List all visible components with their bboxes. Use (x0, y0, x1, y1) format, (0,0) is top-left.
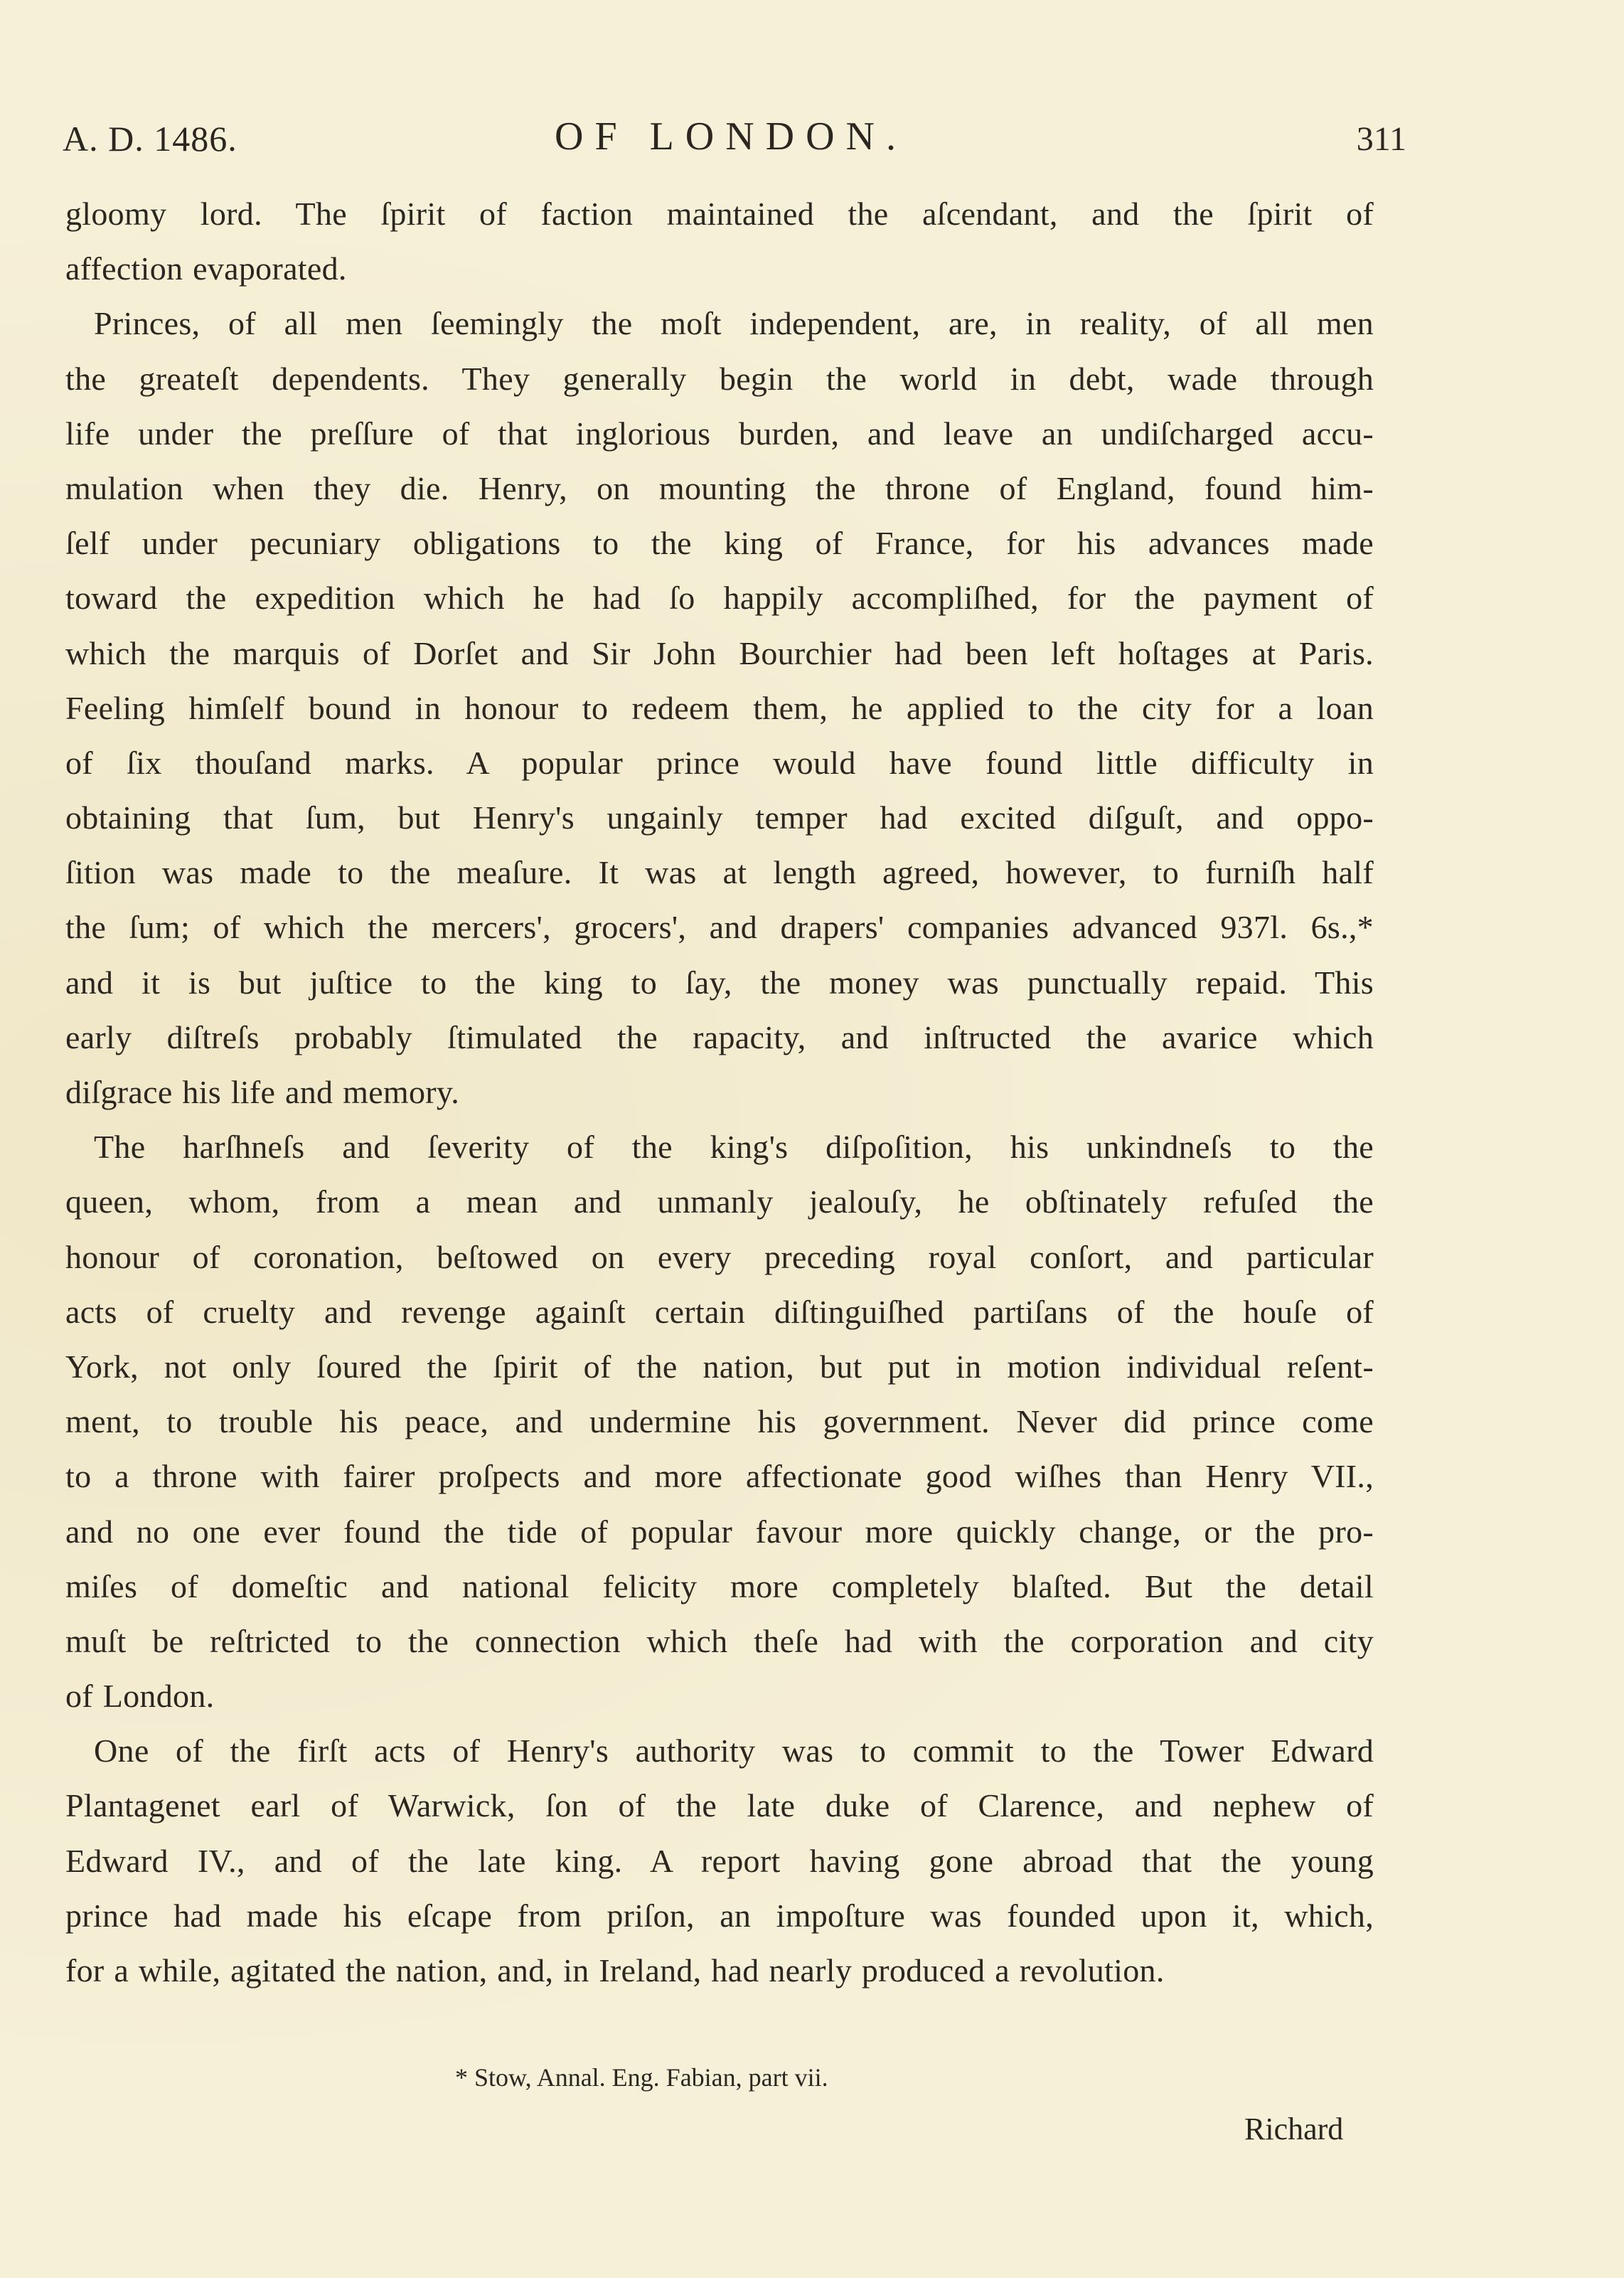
body-text: gloomy lord. The ſpirit of faction maint… (65, 186, 1374, 1998)
text-line: ment, to trouble his peace, and undermin… (65, 1394, 1374, 1449)
header-title: OF LONDON. (63, 114, 1399, 159)
text-line: honour of coronation, beſtowed on every … (65, 1230, 1374, 1284)
text-line: obtaining that ſum, but Henry's ungainly… (65, 790, 1374, 845)
text-line: toward the expedition which he had ſo ha… (65, 570, 1374, 625)
text-line: Feeling himſelf bound in honour to redee… (65, 681, 1374, 735)
text-line-with-footnote-ref: the ſum; of which the mercers', grocers'… (65, 900, 1374, 954)
text-line: life under the preſſure of that inglorio… (65, 406, 1374, 461)
text-line: and it is but juſtice to the king to ſay… (65, 955, 1374, 1010)
text-line: to a throne with fairer proſpects and mo… (65, 1449, 1374, 1503)
text-line: and no one ever found the tide of popula… (65, 1504, 1374, 1559)
text-line: of ſix thouſand marks. A popular prince … (65, 735, 1374, 790)
text-line: for a while, agitated the nation, and, i… (65, 1943, 1374, 1998)
text-line: ſelf under pecuniary obligations to the … (65, 516, 1374, 570)
text-line: diſgrace his life and memory. (65, 1065, 1374, 1119)
text-line: prince had made his eſcape from priſon, … (65, 1888, 1374, 1943)
text-line: Edward IV., and of the late king. A repo… (65, 1833, 1374, 1888)
text-line: The harſhneſs and ſeverity of the king's… (65, 1119, 1374, 1174)
running-header: A. D. 1486. OF LONDON. 311 (63, 105, 1399, 162)
text-line: the greateſt dependents. They generally … (65, 351, 1374, 406)
text-line: which the marquis of Dorſet and Sir John… (65, 626, 1374, 681)
text-line: gloomy lord. The ſpirit of faction maint… (65, 186, 1374, 241)
text-line: affection evaporated. (65, 241, 1374, 296)
text-line: acts of cruelty and revenge againſt cert… (65, 1284, 1374, 1339)
text-line: Princes, of all men ſeemingly the moſt i… (65, 296, 1374, 351)
text-line: ſition was made to the meaſure. It was a… (65, 845, 1374, 900)
footnote: * Stow, Annal. Eng. Fabian, part vii. (455, 2063, 828, 2092)
page-number: 311 (1357, 119, 1406, 159)
catchword: Richard (1244, 2111, 1343, 2147)
text-line: of London. (65, 1668, 1374, 1723)
text-line: queen, whom, from a mean and unmanly jea… (65, 1174, 1374, 1229)
text-line: mulation when they die. Henry, on mounti… (65, 461, 1374, 516)
text-line: One of the firſt acts of Henry's authori… (65, 1723, 1374, 1778)
text-line: York, not only ſoured the ſpirit of the … (65, 1339, 1374, 1394)
text-line: muſt be reſtricted to the connection whi… (65, 1614, 1374, 1668)
text-line: early diſtreſs probably ſtimulated the r… (65, 1010, 1374, 1065)
text-line: Plantagenet earl of Warwick, ſon of the … (65, 1778, 1374, 1833)
text-line: miſes of domeſtic and national felicity … (65, 1559, 1374, 1614)
